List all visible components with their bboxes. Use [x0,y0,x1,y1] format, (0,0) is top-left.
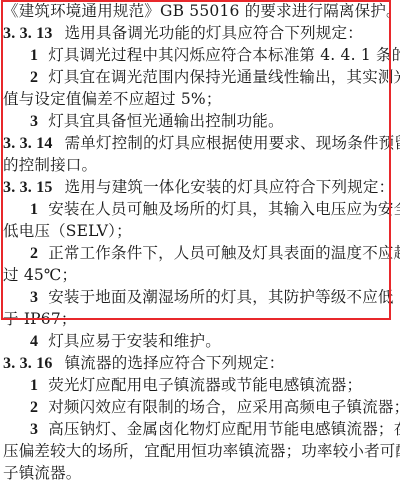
list-item: 2对频闪效应有限制的场合，应采用高频电子镇流器； [30,396,400,419]
item-text: 灯具应易于安装和维护。 [48,332,221,350]
item-text: 对频闪效应有限制的场合，应采用高频电子镇流器； [48,398,400,416]
line-text: 值与设定值偏差不应超过 5%； [3,90,222,108]
text-line: 压偏差较大的场所，宜配用恒功率镇流器；功率较小者可配用电 [3,440,400,463]
text-line: 的控制接口。 [3,154,97,177]
text-line: 《建筑环境通用规范》GB 55016 的要求进行隔离保护。 [3,0,400,23]
clause-text: 需单灯控制的灯具应根据使用要求、现场条件预留相应 [65,134,400,152]
item-number: 1 [30,377,38,394]
item-text: 荧光灯应配用电子镇流器或节能电感镇流器； [48,376,362,394]
clause-number: 3. 3. 15 [3,179,53,196]
list-item: 4灯具应易于安装和维护。 [30,330,221,353]
item-number: 3 [30,289,38,306]
line-text: 的控制接口。 [3,156,97,174]
line-text: 子镇流器。 [3,464,82,482]
list-item: 2灯具宜在调光范围内保持光通量线性输出，其实测光通 [30,66,400,89]
clause-3-3-13: 3. 3. 13选用具备调光功能的灯具应符合下列规定： [3,22,363,45]
item-text: 灯具调光过程中其闪烁应符合本标准第 4. 4. 1 条的规定； [48,46,400,64]
item-text: 安装于地面及潮湿场所的灯具，其防护等级不应低 [48,288,393,306]
item-text: 正常工作条件下，人员可触及灯具表面的温度不应超 [48,244,400,262]
item-number: 2 [30,399,38,416]
item-text: 灯具宜具备恒光通输出控制功能。 [48,112,284,130]
item-number: 3 [30,113,38,130]
item-number: 4 [30,333,38,350]
text-line: 于 IP67； [3,308,77,331]
clause-number: 3. 3. 14 [3,135,53,152]
list-item: 3灯具宜具备恒光通输出控制功能。 [30,110,284,133]
list-item: 2正常工作条件下，人员可触及灯具表面的温度不应超 [30,242,400,265]
clause-text: 镇流器的选择应符合下列规定： [65,354,285,372]
line-text: 压偏差较大的场所，宜配用恒功率镇流器；功率较小者可配用电 [3,442,400,460]
item-number: 2 [30,69,38,86]
list-item: 1灯具调光过程中其闪烁应符合本标准第 4. 4. 1 条的规定； [30,44,400,67]
item-number: 1 [30,47,38,64]
list-item: 1安装在人员可触及场所的灯具，其输入电压应为安全特 [30,198,400,221]
list-item: 1荧光灯应配用电子镇流器或节能电感镇流器； [30,374,362,397]
line-text: 于 IP67； [3,310,77,328]
list-item: 3高压钠灯、金属卤化物灯应配用节能电感镇流器；在电 [30,418,400,441]
line-text: 过 45℃； [3,266,77,284]
clause-number: 3. 3. 13 [3,25,53,42]
text-line: 值与设定值偏差不应超过 5%； [3,88,222,111]
item-text: 安装在人员可触及场所的灯具，其输入电压应为安全特 [48,200,400,218]
line-text: 低电压（SELV）； [3,222,132,240]
text-line: 过 45℃； [3,264,77,287]
item-text: 高压钠灯、金属卤化物灯应配用节能电感镇流器；在电 [48,420,400,438]
item-number: 2 [30,245,38,262]
item-text: 灯具宜在调光范围内保持光通量线性输出，其实测光通 [48,68,400,86]
text-line: 子镇流器。 [3,462,82,485]
line-text: 《建筑环境通用规范》GB 55016 的要求进行隔离保护。 [3,2,400,20]
clause-3-3-16: 3. 3. 16镇流器的选择应符合下列规定： [3,352,284,375]
clause-text: 选用与建筑一体化安装的灯具应符合下列规定： [65,178,395,196]
list-item: 3安装于地面及潮湿场所的灯具，其防护等级不应低 [30,286,394,309]
clause-3-3-15: 3. 3. 15选用与建筑一体化安装的灯具应符合下列规定： [3,176,394,199]
clause-text: 选用具备调光功能的灯具应符合下列规定： [65,24,363,42]
clause-3-3-14: 3. 3. 14需单灯控制的灯具应根据使用要求、现场条件预留相应 [3,132,400,155]
item-number: 3 [30,421,38,438]
item-number: 1 [30,201,38,218]
text-line: 低电压（SELV）； [3,220,132,243]
clause-number: 3. 3. 16 [3,355,53,372]
